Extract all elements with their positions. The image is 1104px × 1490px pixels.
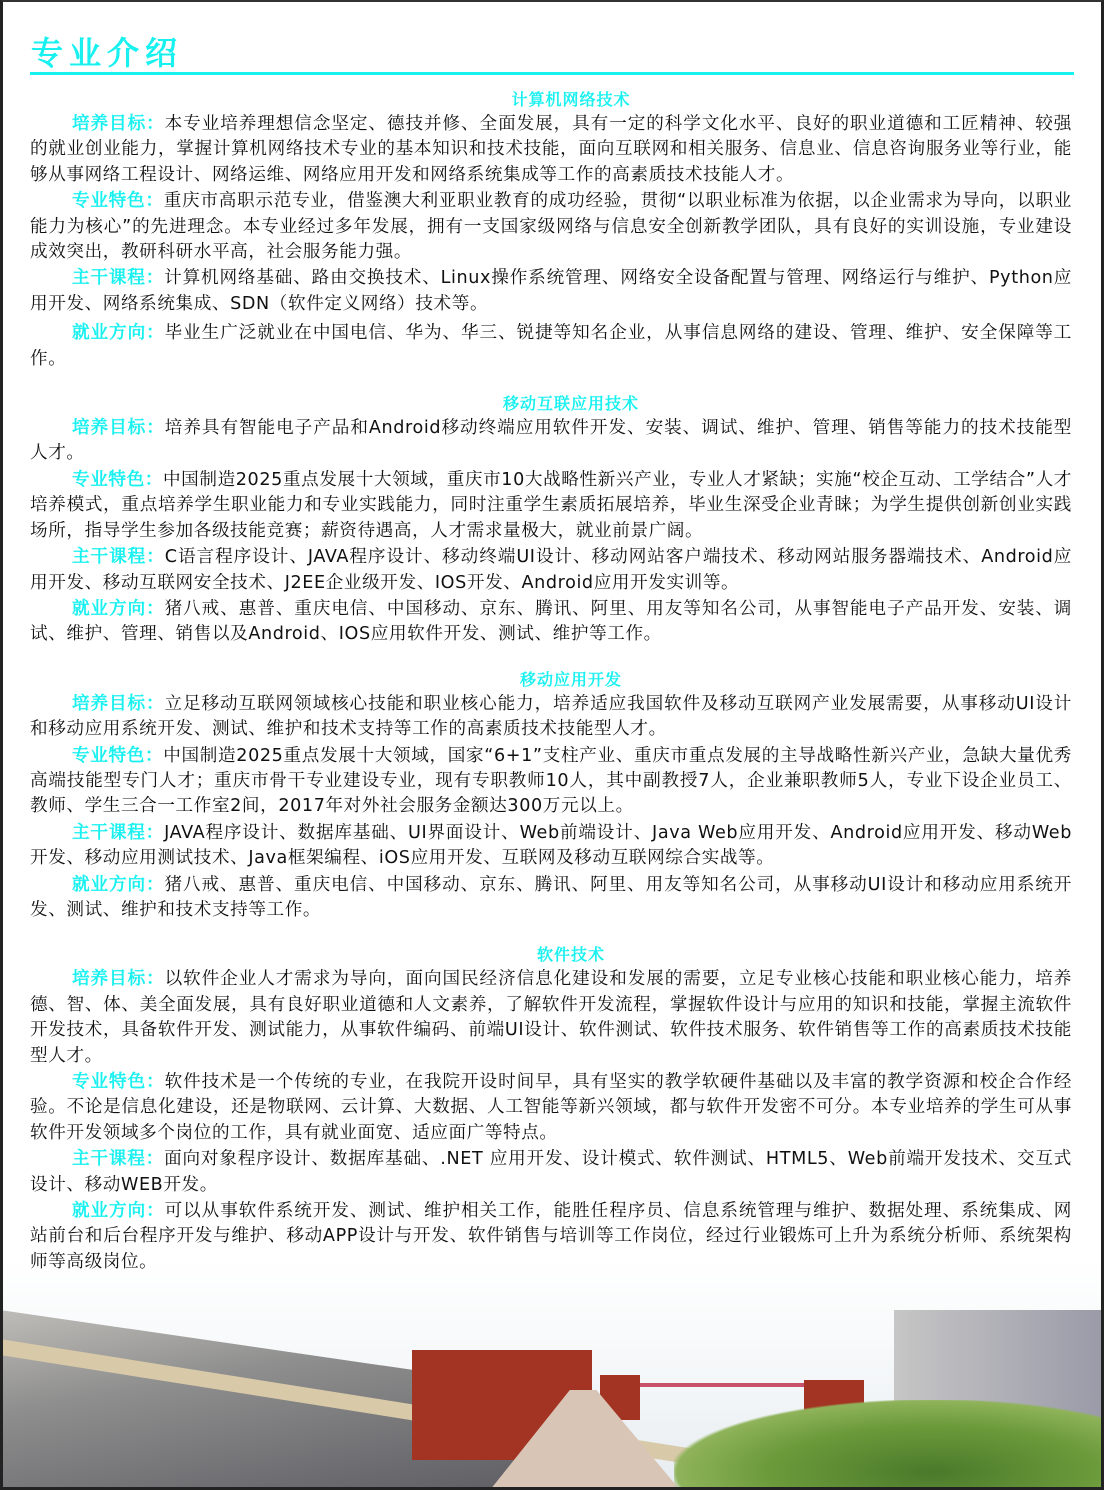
section-title: 软件技术 [30, 943, 1072, 967]
paragraph-employment: 就业方向：猪八戒、惠普、重庆电信、中国移动、京东、腾讯、阿里、用友等知名公司，从… [30, 597, 1072, 648]
paragraph-text: 以软件企业人才需求为导向，面向国民经济信息化建设和发展的需要，立足专业核心技能和… [30, 969, 1072, 1065]
paragraph-text: 计算机网络基础、路由交换技术、Linux操作系统管理、网络安全设备配置与管理、网… [30, 268, 1072, 313]
paragraph-employment: 就业方向：毕业生广泛就业在中国电信、华为、华三、锐捷等知名企业，从事信息网络的建… [30, 321, 1072, 372]
paragraph-employment: 就业方向：可以从事软件系统开发、测试、维护相关工作，能胜任程序员、信息系统管理与… [30, 1199, 1072, 1275]
label: 就业方向： [72, 599, 165, 619]
paragraph-text: 立足移动互联网领域核心技能和职业核心能力，培养适应我国软件及移动互联网产业发展需… [30, 694, 1072, 739]
label: 培养目标： [72, 418, 165, 438]
paragraph-courses: 主干课程：计算机网络基础、路由交换技术、Linux操作系统管理、网络安全设备配置… [30, 266, 1072, 317]
label: 培养目标： [72, 694, 165, 714]
section-mobile-internet: 移动互联应用技术 培养目标：培养具有智能电子产品和Android移动终端应用软件… [30, 392, 1072, 648]
label: 主干课程： [72, 1149, 164, 1169]
section-software-tech: 软件技术 培养目标：以软件企业人才需求为导向，面向国民经济信息化建设和发展的需要… [30, 943, 1072, 1275]
paragraph-employment: 就业方向：猪八戒、惠普、重庆电信、中国移动、京东、腾讯、阿里、用友等知名公司，从… [30, 873, 1072, 924]
label: 就业方向： [72, 1201, 165, 1221]
paragraph-courses: 主干课程：C语言程序设计、JAVA程序设计、移动终端UI设计、移动网站客户端技术… [30, 545, 1072, 596]
section-title: 计算机网络技术 [30, 88, 1072, 112]
label: 主干课程： [72, 823, 164, 843]
paragraph-courses: 主干课程：JAVA程序设计、数据库基础、UI界面设计、Web前端设计、Java … [30, 821, 1072, 872]
major-intro-content: 计算机网络技术 培养目标：本专业培养理想信念坚定、德技并修、全面发展，具有一定的… [30, 88, 1072, 1295]
paragraph-text: 培养具有智能电子产品和Android移动终端应用软件开发、安装、调试、维护、管理… [30, 418, 1072, 463]
page-title: 专业介绍 [31, 28, 183, 74]
label: 专业特色： [72, 191, 164, 211]
section-title: 移动互联应用技术 [30, 392, 1072, 416]
section-network-tech: 计算机网络技术 培养目标：本专业培养理想信念坚定、德技并修、全面发展，具有一定的… [30, 88, 1072, 372]
paragraph-text: 中国制造2025重点发展十大领域，国家“6+1”支柱产业、重庆市重点发展的主导战… [30, 746, 1072, 817]
paragraph-courses: 主干课程：面向对象程序设计、数据库基础、.NET 应用开发、设计模式、软件测试、… [30, 1147, 1072, 1198]
paragraph-features: 专业特色：中国制造2025重点发展十大领域，国家“6+1”支柱产业、重庆市重点发… [30, 744, 1072, 820]
paragraph-training-goal: 培养目标：立足移动互联网领域核心技能和职业核心能力，培养适应我国软件及移动互联网… [30, 692, 1072, 743]
paragraph-text: 猪八戒、惠普、重庆电信、中国移动、京东、腾讯、阿里、用友等知名公司，从事智能电子… [30, 599, 1072, 644]
paragraph-text: 本专业培养理想信念坚定、德技并修、全面发展，具有一定的科学文化水平、良好的职业道… [30, 114, 1072, 185]
label: 专业特色： [72, 1072, 165, 1092]
paragraph-text: 软件技术是一个传统的专业，在我院开设时间早，具有坚实的教学软硬件基础以及丰富的教… [30, 1072, 1072, 1143]
photo-bridge [640, 1383, 804, 1387]
section-mobile-app-dev: 移动应用开发 培养目标：立足移动互联网领域核心技能和职业核心能力，培养适应我国软… [30, 668, 1072, 924]
photo-greenery [674, 1400, 1104, 1490]
paragraph-text: JAVA程序设计、数据库基础、UI界面设计、Web前端设计、Java Web应用… [30, 823, 1072, 868]
label: 专业特色： [72, 470, 163, 490]
label: 主干课程： [72, 547, 165, 567]
label: 培养目标： [72, 969, 165, 989]
label: 主干课程： [72, 268, 164, 288]
paragraph-text: 可以从事软件系统开发、测试、维护相关工作，能胜任程序员、信息系统管理与维护、数据… [30, 1201, 1072, 1272]
section-title: 移动应用开发 [30, 668, 1072, 692]
paragraph-text: 毕业生广泛就业在中国电信、华为、华三、锐捷等知名企业，从事信息网络的建设、管理、… [30, 323, 1072, 368]
paragraph-text: 重庆市高职示范专业，借鉴澳大利亚职业教育的成功经验，贯彻“以职业标准为依据，以企… [30, 191, 1072, 262]
paragraph-features: 专业特色：中国制造2025重点发展十大领域，重庆市10大战略性新兴产业，专业人才… [30, 468, 1072, 544]
title-divider [30, 72, 1074, 75]
paragraph-features: 专业特色：软件技术是一个传统的专业，在我院开设时间早，具有坚实的教学软硬件基础以… [30, 1070, 1072, 1146]
paragraph-text: C语言程序设计、JAVA程序设计、移动终端UI设计、移动网站客户端技术、移动网站… [30, 547, 1072, 592]
label: 培养目标： [72, 114, 165, 134]
paragraph-features: 专业特色：重庆市高职示范专业，借鉴澳大利亚职业教育的成功经验，贯彻“以职业标准为… [30, 189, 1072, 265]
paragraph-text: 面向对象程序设计、数据库基础、.NET 应用开发、设计模式、软件测试、HTML5… [30, 1149, 1072, 1194]
label: 专业特色： [72, 746, 163, 766]
paragraph-training-goal: 培养目标：以软件企业人才需求为导向，面向国民经济信息化建设和发展的需要，立足专业… [30, 967, 1072, 1069]
paragraph-training-goal: 培养目标：培养具有智能电子产品和Android移动终端应用软件开发、安装、调试、… [30, 416, 1072, 467]
paragraph-text: 猪八戒、惠普、重庆电信、中国移动、京东、腾讯、阿里、用友等知名公司，从事移动UI… [30, 875, 1072, 920]
paragraph-text: 中国制造2025重点发展十大领域，重庆市10大战略性新兴产业，专业人才紧缺；实施… [30, 470, 1072, 541]
paragraph-training-goal: 培养目标：本专业培养理想信念坚定、德技并修、全面发展，具有一定的科学文化水平、良… [30, 112, 1072, 188]
label: 就业方向： [72, 875, 165, 895]
label: 就业方向： [72, 323, 165, 343]
